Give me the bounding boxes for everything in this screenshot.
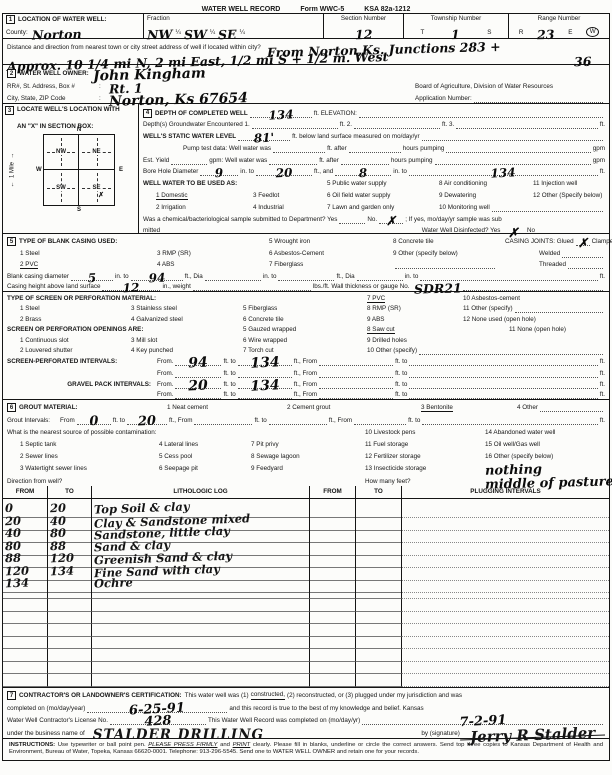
litho-from-header: FROM <box>3 486 47 498</box>
screen-material-11: 11 Other (specify) <box>463 305 513 313</box>
signature-value: Jerry R Stalder <box>460 730 605 740</box>
form-number: Form WWC-5 <box>300 6 344 13</box>
sample-yes-blank <box>339 217 365 224</box>
contamination-8: 8 Sewage lagoon <box>251 453 365 461</box>
sample-no-blank: ✗ <box>379 217 403 224</box>
screen-opening-4: 4 Key punched <box>131 347 243 355</box>
contamination-13: 13 Insecticide storage <box>365 465 485 473</box>
gauge-value: SDR21 <box>413 285 461 291</box>
grout-option-1: 1 Neat cement <box>167 404 287 412</box>
litho-row-empty <box>3 637 609 650</box>
grout-option-3-selected: 3 Bentonite <box>421 404 453 412</box>
disinfected-row: mitted Water Well Disinfected? Yes ✗ No <box>139 224 609 236</box>
fraction-q1-value: NW <box>147 32 173 38</box>
grout-header-row: 6GROUT MATERIAL: 1 Neat cement 2 Cement … <box>3 400 609 412</box>
casing-diameter-row: Blank casing diameter 5in. to 94ft., Dia… <box>3 269 609 281</box>
screen-material-header: TYPE OF SCREEN OR PERFORATION MATERIAL: … <box>3 292 609 303</box>
casing-weight-blank <box>193 284 311 291</box>
fraction-q2-value: SW <box>184 32 207 38</box>
section7-tag: 7 <box>7 691 16 700</box>
bore-dia-1: 9 <box>215 168 224 178</box>
static-level-label: WELL'S STATIC WATER LEVEL <box>143 133 236 141</box>
screen-material-row-2: 2 Brass 4 Galvanized steel 6 Concrete ti… <box>3 313 609 324</box>
section-number-value: 12 <box>355 32 373 37</box>
use-option-8: 8 Air conditioning <box>439 180 533 188</box>
litho-row: 88 120 Greenish Sand & clay <box>3 549 609 562</box>
disinfected-no-label: No <box>527 227 535 235</box>
screen-openings-header: SCREEN OR PERFORATION OPENINGS ARE: 5 Ga… <box>3 324 609 335</box>
use-label: WELL WATER TO BE USED AS: <box>143 180 327 188</box>
use-header-row: WELL WATER TO BE USED AS: 5 Public water… <box>139 176 609 188</box>
casing-option-9: 9 Other (specify below) <box>393 250 505 258</box>
screen-opening-1: 1 Continuous slot <box>7 337 131 345</box>
casing-option-4: 4 ABS <box>157 261 269 269</box>
casing-option-6: 6 Asbestos-Cement <box>269 250 393 258</box>
plug-from-header: FROM <box>309 486 355 498</box>
township-cell: Township Number T 1 S <box>403 14 508 38</box>
joints-glued-mark: ✗ <box>577 238 588 249</box>
litho-log-header: LITHOLOGIC LOG <box>91 486 309 498</box>
use-option-12: 12 Other (Specify below) <box>533 192 602 200</box>
distance-row: Distance and direction from nearest town… <box>3 39 609 52</box>
plugging-intervals-header: PLUGGING INTERVALS <box>401 486 609 498</box>
joints-threaded-label: Threaded <box>539 261 566 269</box>
section4-tag: 4 <box>143 109 152 118</box>
litho-row-empty <box>3 599 609 612</box>
sample-label: Was a chemical/bacteriological sample su… <box>143 216 337 224</box>
grout-to-value: 20 <box>138 417 157 428</box>
use-option-6: 6 Oil field water supply <box>327 192 439 200</box>
grout-intervals-row: Grout Intervals: From 0ft. to 20ft., Fro… <box>3 412 609 425</box>
distance-row-2: Approx. 10 1/4 mi N, 2 mi East, 1/2 mi S… <box>3 52 609 65</box>
section3-title-1: LOCATE WELL'S LOCATION WITH <box>17 106 120 115</box>
litho-row-empty <box>3 662 609 675</box>
section-number-label: Section Number <box>327 15 400 23</box>
section7-certification: 7 CONTRACTOR'S OR LANDOWNER'S CERTIFICAT… <box>3 687 609 738</box>
screen-material-9: 9 ABS <box>367 316 463 324</box>
casing-option-8: 8 Concrete tile <box>393 238 505 246</box>
section-box-diagram: N S W E NW NE SW SE✗ <box>43 134 115 206</box>
screen-opening-7: 7 Torch cut <box>243 347 367 355</box>
screen-material-6: 6 Concrete tile <box>243 316 367 324</box>
gravel-pack-label: GRAVEL PACK INTERVALS: <box>7 381 157 389</box>
contamination-row-1: 1 Septic tank 4 Lateral lines 7 Pit priv… <box>3 437 609 449</box>
static-level-blank: 81' <box>238 134 290 141</box>
screen-material-row-1: 1 Steel 3 Stainless steel 5 Fiberglass 8… <box>3 303 609 314</box>
casing-title: TYPE OF BLANK CASING USED: <box>19 238 117 246</box>
grout-from-value: 0 <box>89 417 99 427</box>
section1-location-row: 1LOCATION OF WATER WELL: County:Norton F… <box>3 14 609 39</box>
casing-diameter-label: Blank casing diameter <box>7 273 69 281</box>
casing-other-blank <box>395 262 495 269</box>
section5-tag: 5 <box>7 237 16 246</box>
one-mile-scale: 1 Mile <box>8 153 16 188</box>
screen-openings-row-2: 2 Louvered shutter 4 Key punched 7 Torch… <box>3 345 609 356</box>
litho-row: 120 134 Fine Sand with clay <box>3 562 609 575</box>
form-body: 1LOCATION OF WATER WELL: County:Norton F… <box>2 13 610 761</box>
screen-material-8: 8 RMP (SR) <box>367 305 463 313</box>
screen-material-label: TYPE OF SCREEN OR PERFORATION MATERIAL: <box>7 295 367 303</box>
section3-location-box: 3LOCATE WELL'S LOCATION WITH AN "X" IN S… <box>3 104 139 233</box>
section1-title: 1LOCATION OF WATER WELL: <box>6 15 140 24</box>
screen-opening-10: 10 Other (specify) <box>367 347 417 355</box>
screen-material-3: 3 Stainless steel <box>131 305 243 313</box>
range-cell: Range Number R 23 E W <box>508 14 609 38</box>
owner-row: 2 WATER WELL OWNER: John Kingham <box>3 65 609 78</box>
litho-to-header: TO <box>47 486 91 498</box>
board-label: Board of Agriculture, Division of Water … <box>415 83 605 91</box>
certification-row-2: completed on (mo/day/year) 6-25-91 and t… <box>3 700 609 713</box>
screen-intervals-row-2: From. ft. to ft., From ft. to ft. <box>3 366 609 377</box>
grout-intervals-label: Grout Intervals: <box>7 417 50 425</box>
use-option-5: 5 Public water supply <box>327 180 439 188</box>
township-value: 1 <box>451 32 460 37</box>
static-level-row: WELL'S STATIC WATER LEVEL 81' ft. below … <box>139 129 609 141</box>
disinfected-yes-mark: ✗ <box>508 230 519 235</box>
certification-row-4: under the business name of STALDER DRILL… <box>3 725 609 738</box>
application-number-blank <box>474 96 603 103</box>
litho-row: 0 20 Top Soil & clay <box>3 499 609 512</box>
pump-test-label: Pump test data: Well water was <box>183 145 271 153</box>
disinfected-label: Water Well Disinfected? Yes <box>422 227 501 235</box>
fraction-label: Fraction <box>147 15 320 23</box>
range-label: Range Number <box>512 15 606 23</box>
section6-tag: 6 <box>7 403 16 412</box>
form-header: WATER WELL RECORD Form WWC-5 KSA 82a-121… <box>0 0 612 13</box>
screen-openings-label: SCREEN OR PERFORATION OPENINGS ARE: <box>7 326 243 334</box>
use-option-2: 2 Irrigation <box>143 204 253 212</box>
quadrant-ne: NE <box>79 135 114 170</box>
certification-row-1: 7 CONTRACTOR'S OR LANDOWNER'S CERTIFICAT… <box>3 688 609 701</box>
screen-opening-2: 2 Louvered shutter <box>7 347 131 355</box>
litho-row: 80 88 Sand & clay <box>3 537 609 550</box>
screen-material-12: 12 None used (open hole) <box>463 316 536 324</box>
range-value: 23 <box>537 32 555 37</box>
feet-label: How many feet? <box>365 478 485 486</box>
contamination-1: 1 Septic tank <box>7 441 159 449</box>
litho-row-empty <box>3 624 609 637</box>
screen-material-1: 1 Steel <box>7 305 131 313</box>
application-number-label: Application Number: <box>415 95 472 103</box>
casing-option-7: 7 Fiberglass <box>269 261 393 269</box>
contamination-15: 15 Oil well/Gas well <box>485 441 540 449</box>
screen-openings-row-1: 1 Continuous slot 3 Mill slot 6 Wire wra… <box>3 334 609 345</box>
use-option-11: 11 Injection well <box>533 180 577 188</box>
section6-grout: 6GROUT MATERIAL: 1 Neat cement 2 Cement … <box>3 400 609 486</box>
contamination-11: 11 Fuel storage <box>365 441 485 449</box>
casing-option-1: 1 Steel <box>7 250 157 258</box>
section2-tag: 2 <box>7 69 16 78</box>
use-option-1-selected: 1 Domestic <box>156 192 188 200</box>
depth-blank: 134 <box>250 111 312 118</box>
screen-material-4: 4 Galvanized steel <box>131 316 243 324</box>
casing-height-label: Casing height above land surface <box>7 283 100 291</box>
contamination-12: 12 Fertilizer storage <box>365 453 485 461</box>
elevation-blank <box>359 111 603 118</box>
litho-row-empty <box>3 587 609 600</box>
sample-row: Was a chemical/bacteriological sample su… <box>139 212 609 224</box>
county-cell: 1LOCATION OF WATER WELL: County:Norton <box>3 14 143 38</box>
fraction-cell: Fraction NW¼ SW¼ SE¼ <box>143 14 323 38</box>
screen-material-2: 2 Brass <box>7 316 131 324</box>
screen-section: TYPE OF SCREEN OR PERFORATION MATERIAL: … <box>3 292 609 400</box>
form-title: WATER WELL RECORD <box>202 6 281 13</box>
owner-label: WATER WELL OWNER: <box>19 70 89 78</box>
grout-title: GROUT MATERIAL: <box>19 404 78 412</box>
section3-tag: 3 <box>5 106 14 115</box>
screen-opening-8-selected: 8 Saw cut <box>367 326 395 334</box>
contamination-3: 3 Watertight sewer lines <box>7 465 159 473</box>
county-value: Norton <box>32 31 82 37</box>
contamination-5: 5 Cess pool <box>159 453 251 461</box>
fraction-q3-value: SE <box>218 32 237 37</box>
contamination-7: 7 Pit privy <box>251 441 365 449</box>
contamination-10: 10 Livestock pens <box>365 429 485 437</box>
form-statute: KSA 82a-1212 <box>364 6 410 13</box>
contamination-row-3: 3 Watertight sewer lines 6 Seepage pit 9… <box>3 461 609 473</box>
well-location-mark: ✗ <box>98 193 104 197</box>
sample-label-cont: mitted <box>143 227 160 235</box>
gravel-pack-row-1: GRAVEL PACK INTERVALS: From. 20ft. to 13… <box>3 378 609 389</box>
depth-row: 4 DEPTH OF COMPLETED WELL 134 ft. ELEVAT… <box>139 105 609 118</box>
business-name-value: STALDER DRILLING <box>93 733 264 738</box>
lithologic-table: FROM TO LITHOLOGIC LOG FROM TO PLUGGING … <box>3 486 609 687</box>
casing-option-3: 3 RMP (SR) <box>157 250 269 258</box>
casing-option-5: 5 Wrought iron <box>269 238 393 246</box>
use-option-4: 4 Industrial <box>253 204 327 212</box>
screen-opening-9: 9 Drilled holes <box>367 337 407 345</box>
screen-intervals-row-1: SCREEN-PERFORATED INTERVALS: From. 94ft.… <box>3 355 609 366</box>
gravel-pack-row-2: From. ft. to ft., From ft. to ft. <box>3 389 609 400</box>
quadrant-nw: NW <box>44 135 79 170</box>
depth-label: DEPTH OF COMPLETED WELL <box>155 110 248 118</box>
section34-block: 3LOCATE WELL'S LOCATION WITH AN "X" IN S… <box>3 104 609 234</box>
grout-option-4: 4 Other <box>517 404 538 412</box>
casing-option-2-selected: 2 PVC <box>20 261 38 269</box>
joints-clamped-label: Clamped <box>592 238 612 246</box>
bore-hole-label: Bore Hole Diameter <box>143 168 198 176</box>
bore-depth-2: 134 <box>491 168 517 179</box>
litho-row: 20 40 Clay & Sandstone mixed <box>3 512 609 525</box>
instructions-label: INSTRUCTIONS: <box>9 742 55 748</box>
screen-opening-3: 3 Mill slot <box>131 337 243 345</box>
casing-row-2: 2 PVC 4 ABS 7 Fiberglass Threaded <box>3 258 609 270</box>
compass-south: S <box>77 207 81 213</box>
range-direction-circled: W <box>586 27 599 37</box>
use-option-3: 3 Feedlot <box>253 192 327 200</box>
litho-row-empty <box>3 612 609 625</box>
casing-height-value: 12 <box>123 283 140 294</box>
quadrant-sw: SW <box>44 170 79 205</box>
screen-material-10: 10 Asbestos-cement <box>463 295 520 303</box>
screen-intervals-label: SCREEN-PERFORATED INTERVALS: <box>7 358 157 366</box>
contamination-9: 9 Feedyard <box>251 465 365 473</box>
casing-row-1: 1 Steel 3 RMP (SR) 6 Asbestos-Cement 9 O… <box>3 246 609 258</box>
county-label: County: <box>6 29 28 37</box>
direction-label: Direction from well? <box>7 478 365 486</box>
casing-height-row: Casing height above land surface 12in., … <box>3 281 609 293</box>
compass-west: W <box>36 167 42 173</box>
use-row-1: 1 Domestic 3 Feedlot 6 Oil field water s… <box>139 188 609 200</box>
est-yield-row: Est. Yield gpm: Well water was ft. after… <box>139 153 609 165</box>
certification-title: CONTRACTOR'S OR LANDOWNER'S CERTIFICATIO… <box>19 692 182 700</box>
contamination-row-2: 2 Sewer lines 5 Cess pool 8 Sewage lagoo… <box>3 449 609 461</box>
use-option-10: 10 Monitoring well <box>439 204 490 212</box>
water-well-record-scan: WATER WELL RECORD Form WWC-5 KSA 82a-121… <box>0 0 612 775</box>
certification-constructed-selected: constructed, <box>251 691 285 700</box>
table-header: FROM TO LITHOLOGIC LOG FROM TO PLUGGING … <box>3 486 609 499</box>
city-label: City, State, ZIP Code <box>7 95 99 103</box>
address-row: RR#, St. Address, Box # : Rt. 1 Board of… <box>3 78 609 91</box>
screen-material-5: 5 Fiberglass <box>243 305 367 313</box>
screen-opening-6: 6 Wire wrapped <box>243 337 367 345</box>
screen-opening-5: 5 Gauzed wrapped <box>243 326 367 334</box>
certification-row-3: Water Well Contractor's License No. 428 … <box>3 713 609 726</box>
est-yield-label: Est. Yield <box>143 157 169 165</box>
litho-row-empty <box>3 649 609 662</box>
use-option-7: 7 Lawn and garden only <box>327 204 439 212</box>
grout-option-2: 2 Cement grout <box>287 404 421 412</box>
joints-welded-label: Welded <box>539 250 560 258</box>
city-row: City, State, ZIP Code : Norton, Ks 67654… <box>3 91 609 104</box>
section1-tag: 1 <box>6 15 15 24</box>
section-number-cell: Section Number 12 <box>323 14 403 38</box>
quadrant-se: SE✗ <box>79 170 114 205</box>
litho-row: 40 80 Sandstone, little clay <box>3 524 609 537</box>
screen-opening-11: 11 None (open hole) <box>509 326 566 334</box>
compass-north: N <box>77 127 81 133</box>
bore-depth-1: 20 <box>275 168 292 179</box>
screen-material-7-selected: 7 PVC <box>367 295 385 303</box>
use-row-2: 2 Irrigation 4 Industrial 7 Lawn and gar… <box>139 200 609 212</box>
address-label: RR#, St. Address, Box # <box>7 83 99 91</box>
contamination-label: What is the nearest source of possible c… <box>7 429 365 437</box>
distance-value-3: 36 <box>574 59 592 64</box>
litho-row: 134 Ochre <box>3 574 609 587</box>
pump-test-row: Pump test data: Well water was ft. after… <box>139 141 609 153</box>
groundwater-label: Depth(s) Groundwater Encountered 1. <box>143 121 250 129</box>
distance-label: Distance and direction from nearest town… <box>7 44 261 52</box>
section5-casing: 5TYPE OF BLANK CASING USED: 5 Wrought ir… <box>3 234 609 292</box>
groundwater-row: Depth(s) Groundwater Encountered 1. ft. … <box>139 118 609 130</box>
plug-to-header: TO <box>355 486 401 498</box>
bore-dia-2: 8 <box>359 168 368 178</box>
section4-well-data: 4 DEPTH OF COMPLETED WELL 134 ft. ELEVAT… <box>139 104 609 233</box>
contamination-4: 4 Lateral lines <box>159 441 251 449</box>
contamination-answer: nothing <box>485 467 542 473</box>
contamination-6: 6 Seepage pit <box>159 465 251 473</box>
contamination-16: 16 Other (specify below) <box>485 453 553 461</box>
compass-east: E <box>119 167 123 173</box>
use-option-9: 9 Dewatering <box>439 192 533 200</box>
litho-row-empty <box>3 674 609 687</box>
township-label: Township Number <box>407 15 505 23</box>
contamination-14: 14 Abandoned water well <box>485 429 555 437</box>
bore-hole-row: Bore Hole Diameter 9in. to 20ft., and 8i… <box>139 165 609 177</box>
contamination-2: 2 Sewer lines <box>7 453 159 461</box>
